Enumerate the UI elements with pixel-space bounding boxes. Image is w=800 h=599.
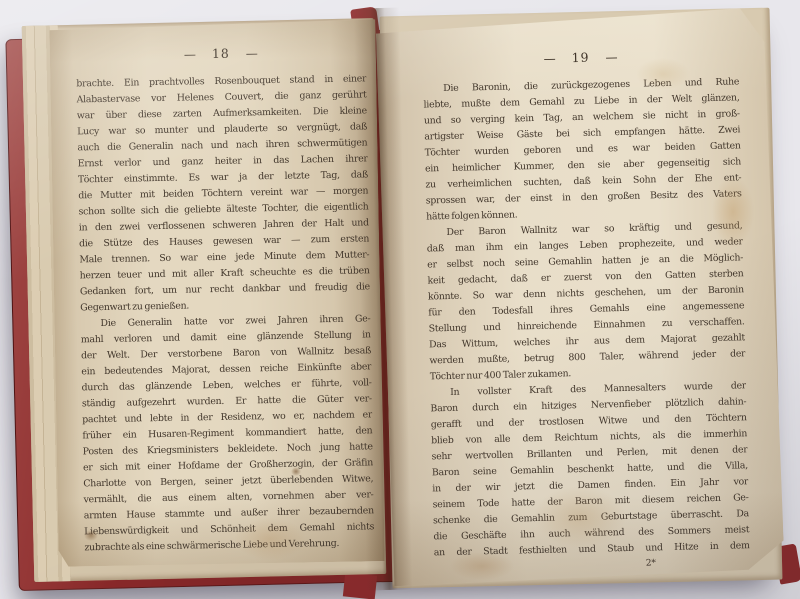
right-page: — 19 — Die Baronin, die zurückgezogenes … (376, 8, 785, 587)
page-header-left: — 18 — (76, 43, 366, 66)
page-lines-left: brachte. Ein prachtvolles Rosenbouquet s… (76, 71, 374, 556)
header-dash: — (184, 47, 196, 61)
page-lines-right: Die Baronin, die zurückgezogenes Leben u… (423, 74, 750, 561)
left-page: — 18 — brachte. Ein prachtvolles Rosenbo… (49, 19, 384, 567)
header-dash: — (605, 50, 617, 64)
cover-spine-tip-bottom (343, 572, 377, 599)
header-dash: — (543, 51, 555, 65)
page-header-right: — 19 — (422, 46, 738, 71)
left-page-body: — 18 — brachte. Ein prachtvolles Rosenbo… (49, 19, 384, 567)
page-number-right: 19 (571, 50, 589, 65)
page-number-left: 18 (212, 46, 230, 61)
right-page-body: — 19 — Die Baronin, die zurückgezogenes … (376, 8, 785, 587)
header-dash: — (246, 46, 258, 60)
book-photo: — 18 — brachte. Ein prachtvolles Rosenbo… (0, 0, 800, 599)
